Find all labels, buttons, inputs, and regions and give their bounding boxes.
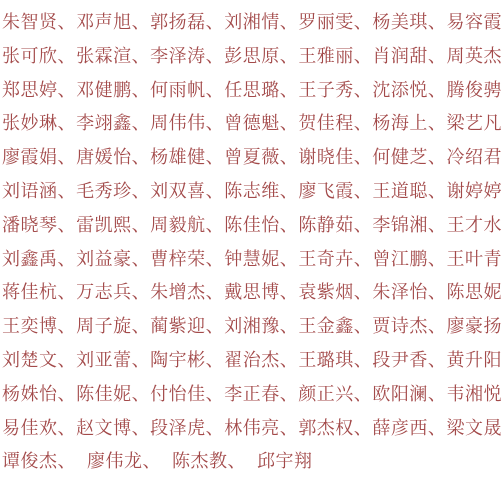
person-name: 潘晓琴、 <box>2 209 76 243</box>
person-name: 陈思妮 <box>446 276 502 310</box>
person-name: 刘鑫禹、 <box>2 243 76 277</box>
person-name: 刘楚文、 <box>2 344 76 378</box>
person-name: 杨雄健、 <box>150 141 224 175</box>
name-row: 郑思婷、邓健鹏、何雨帆、任思璐、王子秀、沈添悦、腾俊骋 <box>2 74 502 108</box>
person-name: 戴思博、 <box>224 276 298 310</box>
person-name: 王叶青 <box>446 243 502 277</box>
person-name: 李锦湘、 <box>372 209 446 243</box>
name-row: 易佳欢、赵文博、段泽虎、林伟亮、郭杰权、薛彦西、梁文晟 <box>2 412 502 446</box>
name-row: 廖霞娟、唐媛怡、杨雄健、曾夏薇、谢晓佳、何健芝、冷绍君 <box>2 141 502 175</box>
person-name: 陈杰教、 <box>172 445 246 479</box>
name-row: 王奕博、周子旋、蔺紫迎、刘湘豫、王金鑫、贾诗杰、廖豪扬 <box>2 310 502 344</box>
person-name: 曾夏薇、 <box>224 141 298 175</box>
person-name: 翟治杰、 <box>224 344 298 378</box>
person-name: 雷凯熙、 <box>76 209 150 243</box>
person-name: 杨姝怡、 <box>2 378 76 412</box>
person-name: 赵文博、 <box>76 412 150 446</box>
person-name: 刘湘情、 <box>224 6 298 40</box>
person-name: 廖霞娟、 <box>2 141 76 175</box>
person-name: 袁紫烟、 <box>298 276 372 310</box>
person-name: 杨海上、 <box>372 107 446 141</box>
person-name: 万志兵、 <box>76 276 150 310</box>
person-name: 王道聪、 <box>372 175 446 209</box>
person-name: 王子秀、 <box>298 74 372 108</box>
person-name: 郭扬磊、 <box>150 6 224 40</box>
person-name: 陶宇彬、 <box>150 344 224 378</box>
person-name: 薛彦西、 <box>372 412 446 446</box>
person-name: 刘益豪、 <box>76 243 150 277</box>
person-name: 何健芝、 <box>372 141 446 175</box>
person-name: 谢婷婷 <box>446 175 502 209</box>
person-name: 张妙琳、 <box>2 107 76 141</box>
person-name: 陈静茹、 <box>298 209 372 243</box>
name-list: 朱智贤、邓声旭、郭扬磊、刘湘情、罗丽雯、杨美琪、易容霞张可欣、张霖渲、李泽涛、彭… <box>0 0 504 481</box>
person-name: 冷绍君 <box>446 141 502 175</box>
name-row: 谭俊杰、廖伟龙、陈杰教、邱宇翔 <box>2 445 502 479</box>
name-row: 张可欣、张霖渲、李泽涛、彭思原、王雅丽、肖润甜、周英杰 <box>2 40 502 74</box>
person-name: 廖豪扬 <box>446 310 502 344</box>
person-name: 沈添悦、 <box>372 74 446 108</box>
person-name: 廖伟龙、 <box>87 445 161 479</box>
name-row: 杨姝怡、陈佳妮、付怡佳、李正春、颜正兴、欧阳澜、韦湘悦 <box>2 378 502 412</box>
person-name: 刘语涵、 <box>2 175 76 209</box>
person-name: 彭思原、 <box>224 40 298 74</box>
name-row: 朱智贤、邓声旭、郭扬磊、刘湘情、罗丽雯、杨美琪、易容霞 <box>2 6 502 40</box>
person-name: 邓健鹏、 <box>76 74 150 108</box>
person-name: 邓声旭、 <box>76 6 150 40</box>
person-name: 周毅航、 <box>150 209 224 243</box>
person-name: 毛秀珍、 <box>76 175 150 209</box>
person-name: 杨美琪、 <box>372 6 446 40</box>
person-name: 唐媛怡、 <box>76 141 150 175</box>
person-name: 曾德魁、 <box>224 107 298 141</box>
person-name: 周伟伟、 <box>150 107 224 141</box>
person-name: 王才水 <box>446 209 502 243</box>
person-name: 李正春、 <box>224 378 298 412</box>
person-name: 朱泽怡、 <box>372 276 446 310</box>
person-name: 王雅丽、 <box>298 40 372 74</box>
person-name: 陈佳妮、 <box>76 378 150 412</box>
person-name: 肖润甜、 <box>372 40 446 74</box>
person-name: 曾江鹏、 <box>372 243 446 277</box>
person-name: 刘双喜、 <box>150 175 224 209</box>
person-name: 腾俊骋 <box>446 74 502 108</box>
name-row: 刘语涵、毛秀珍、刘双喜、陈志维、廖飞霞、王道聪、谢婷婷 <box>2 175 502 209</box>
person-name: 蔺紫迎、 <box>150 310 224 344</box>
person-name: 颜正兴、 <box>298 378 372 412</box>
person-name: 蒋佳杭、 <box>2 276 76 310</box>
person-name: 谢晓佳、 <box>298 141 372 175</box>
person-name: 何雨帆、 <box>150 74 224 108</box>
person-name: 张可欣、 <box>2 40 76 74</box>
person-name: 王奇卉、 <box>298 243 372 277</box>
name-row: 刘楚文、刘亚蕾、陶宇彬、翟治杰、王璐琪、段尹香、黄升阳 <box>2 344 502 378</box>
person-name: 梁文晟 <box>446 412 502 446</box>
person-name: 王金鑫、 <box>298 310 372 344</box>
person-name: 黄升阳 <box>446 344 502 378</box>
person-name: 韦湘悦 <box>446 378 502 412</box>
person-name: 林伟亮、 <box>224 412 298 446</box>
person-name: 任思璐、 <box>224 74 298 108</box>
person-name: 王奕博、 <box>2 310 76 344</box>
person-name: 曹梓荣、 <box>150 243 224 277</box>
name-row: 潘晓琴、雷凯熙、周毅航、陈佳怡、陈静茹、李锦湘、王才水 <box>2 209 502 243</box>
name-row: 蒋佳杭、万志兵、朱增杰、戴思博、袁紫烟、朱泽怡、陈思妮 <box>2 276 502 310</box>
person-name: 段尹香、 <box>372 344 446 378</box>
person-name: 陈佳怡、 <box>224 209 298 243</box>
person-name: 陈志维、 <box>224 175 298 209</box>
person-name: 罗丽雯、 <box>298 6 372 40</box>
person-name: 刘湘豫、 <box>224 310 298 344</box>
person-name: 段泽虎、 <box>150 412 224 446</box>
person-name: 梁艺凡 <box>446 107 502 141</box>
person-name: 张霖渲、 <box>76 40 150 74</box>
person-name: 邱宇翔 <box>257 445 313 479</box>
person-name: 贺佳程、 <box>298 107 372 141</box>
person-name: 谭俊杰、 <box>2 445 76 479</box>
person-name: 刘亚蕾、 <box>76 344 150 378</box>
person-name: 贾诗杰、 <box>372 310 446 344</box>
person-name: 郑思婷、 <box>2 74 76 108</box>
person-name: 付怡佳、 <box>150 378 224 412</box>
person-name: 欧阳澜、 <box>372 378 446 412</box>
person-name: 李泽涛、 <box>150 40 224 74</box>
person-name: 钟慧妮、 <box>224 243 298 277</box>
name-row: 张妙琳、李翊鑫、周伟伟、曾德魁、贺佳程、杨海上、梁艺凡 <box>2 107 502 141</box>
person-name: 周英杰 <box>446 40 502 74</box>
person-name: 周子旋、 <box>76 310 150 344</box>
name-row: 刘鑫禹、刘益豪、曹梓荣、钟慧妮、王奇卉、曾江鹏、王叶青 <box>2 243 502 277</box>
person-name: 廖飞霞、 <box>298 175 372 209</box>
person-name: 李翊鑫、 <box>76 107 150 141</box>
person-name: 朱智贤、 <box>2 6 76 40</box>
person-name: 朱增杰、 <box>150 276 224 310</box>
person-name: 郭杰权、 <box>298 412 372 446</box>
person-name: 易容霞 <box>446 6 502 40</box>
person-name: 易佳欢、 <box>2 412 76 446</box>
person-name: 王璐琪、 <box>298 344 372 378</box>
